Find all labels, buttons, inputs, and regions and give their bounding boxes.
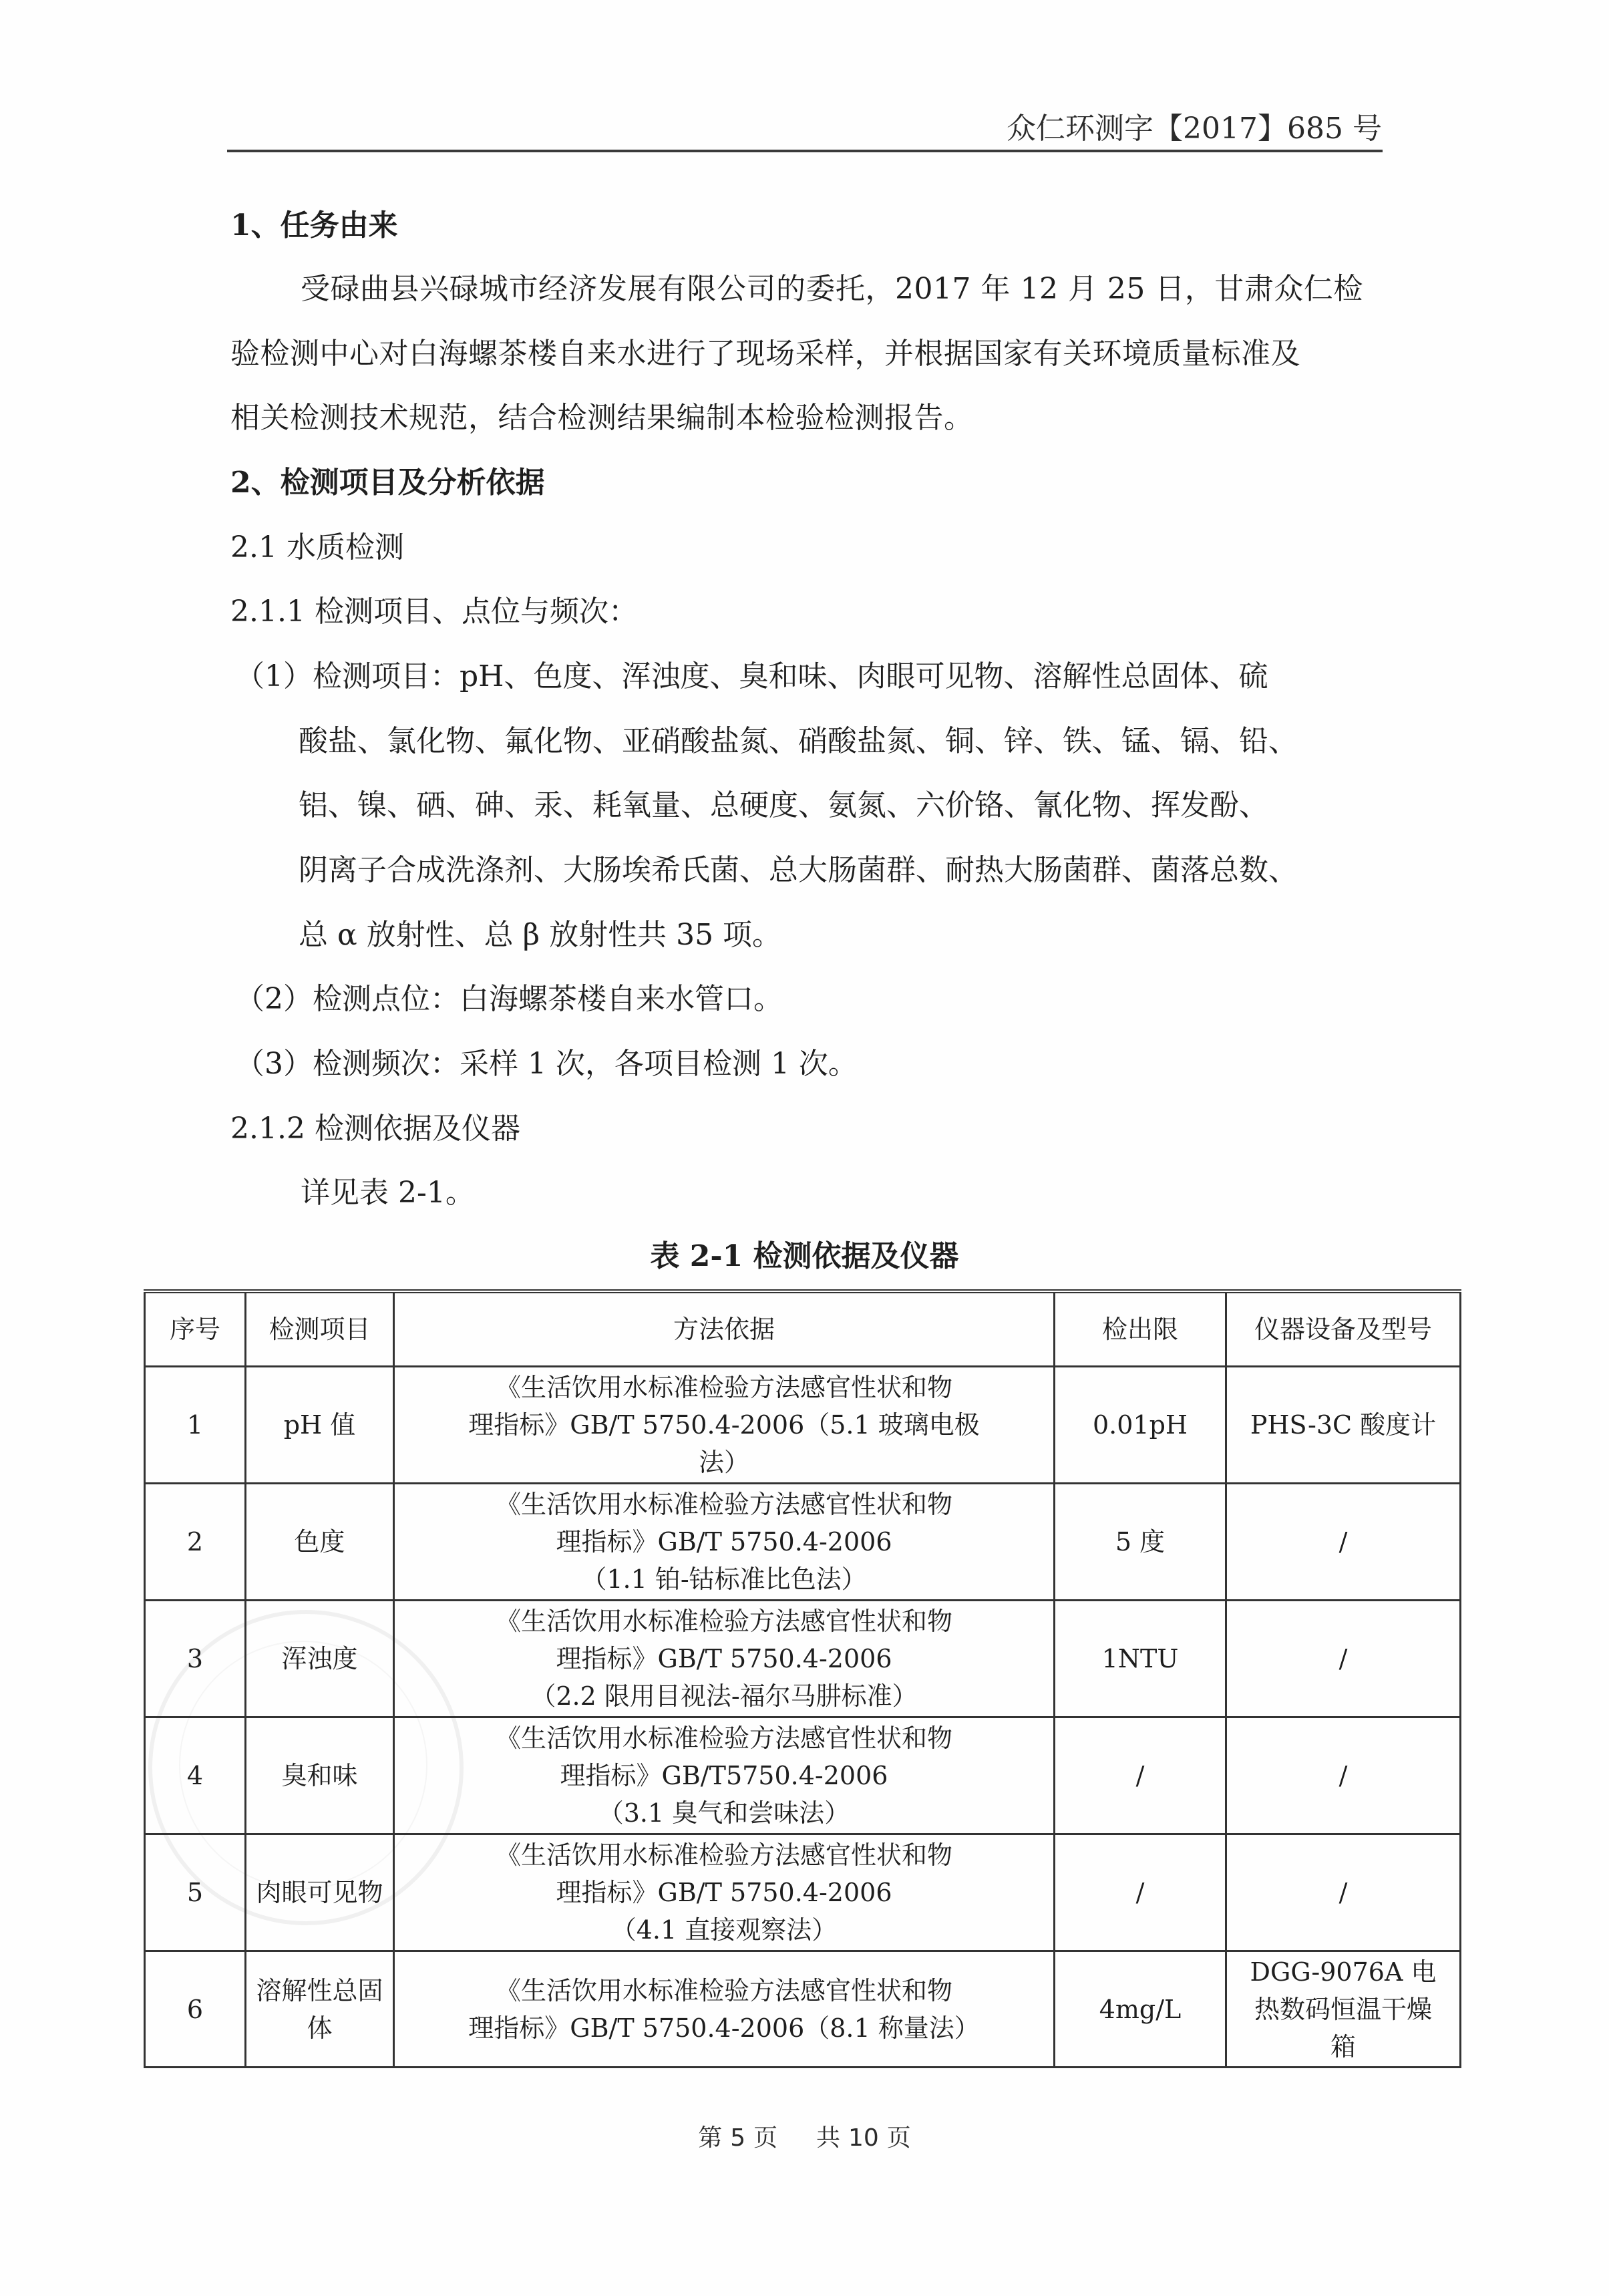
table-row: 2 色度 《生活饮用水标准检验方法感官性状和物 理指标》GB/T 5750.4-…	[145, 1484, 1461, 1601]
see-table-note: 详见表 2-1。	[301, 1174, 475, 1212]
method-line: 理指标》GB/T 5750.4-2006	[407, 1874, 1041, 1911]
page-footer: 第5页 共10页	[0, 2123, 1609, 2154]
instrument-line: /	[1234, 1640, 1453, 1677]
instrument-line: 热数码恒温干燥	[1234, 1991, 1453, 2028]
method-line: 理指标》GB/T5750.4-2006	[407, 1757, 1041, 1794]
cell-item: 肉眼可见物	[246, 1834, 394, 1951]
section-1-paragraph-line-1: 受碌曲县兴碌城市经济发展有限公司的委托，2017 年 12 月 25 日，甘肃众…	[301, 271, 1363, 308]
column-header-instrument: 仪器设备及型号	[1226, 1291, 1461, 1367]
cell-method: 《生活饮用水标准检验方法感官性状和物 理指标》GB/T 5750.4-2006 …	[394, 1484, 1055, 1601]
cell-limit: /	[1055, 1717, 1226, 1834]
page-current: 5	[730, 2124, 745, 2152]
cell-limit: 4mg/L	[1055, 1951, 1226, 2068]
table-row: 6 溶解性总固体 《生活饮用水标准检验方法感官性状和物 理指标》GB/T 575…	[145, 1951, 1461, 2068]
table-row: 4 臭和味 《生活饮用水标准检验方法感官性状和物 理指标》GB/T5750.4-…	[145, 1717, 1461, 1834]
method-line: 《生活饮用水标准检验方法感官性状和物	[407, 1486, 1041, 1523]
method-line: 《生活饮用水标准检验方法感官性状和物	[407, 1836, 1041, 1874]
instrument-line: /	[1234, 1757, 1453, 1794]
method-line: 《生活饮用水标准检验方法感官性状和物	[407, 1972, 1041, 2009]
column-header-limit: 检出限	[1055, 1291, 1226, 1367]
cell-limit: 5 度	[1055, 1484, 1226, 1601]
cell-method: 《生活饮用水标准检验方法感官性状和物 理指标》GB/T 5750.4-2006（…	[394, 1951, 1055, 2068]
cell-no: 1	[145, 1367, 246, 1484]
method-line: 《生活饮用水标准检验方法感官性状和物	[407, 1719, 1041, 1757]
report-number: 众仁环测字【2017】685 号	[1007, 110, 1382, 148]
cell-no: 2	[145, 1484, 246, 1601]
instrument-line: 箱	[1234, 2028, 1453, 2066]
item-1-line-3: 铝、镍、硒、砷、汞、耗氧量、总硬度、氨氮、六价铬、氰化物、挥发酚、	[299, 787, 1268, 824]
header-rule	[227, 150, 1383, 152]
cell-method: 《生活饮用水标准检验方法感官性状和物 理指标》GB/T 5750.4-2006 …	[394, 1834, 1055, 1951]
cell-item: 臭和味	[246, 1717, 394, 1834]
cell-instrument: /	[1226, 1834, 1461, 1951]
cell-item: 浑浊度	[246, 1601, 394, 1717]
cell-no: 4	[145, 1717, 246, 1834]
table-row: 1 pH 值 《生活饮用水标准检验方法感官性状和物 理指标》GB/T 5750.…	[145, 1367, 1461, 1484]
cell-no: 6	[145, 1951, 246, 2068]
cell-item: 色度	[246, 1484, 394, 1601]
method-instrument-table: 序号 检测项目 方法依据 检出限 仪器设备及型号 1 pH 值 《生活饮用水标准…	[144, 1289, 1461, 2068]
subsection-2-1: 2.1 水质检测	[230, 529, 404, 566]
section-1-paragraph-line-2: 验检测中心对白海螺茶楼自来水进行了现场采样，并根据国家有关环境质量标准及	[230, 335, 1300, 373]
table-row: 3 浑浊度 《生活饮用水标准检验方法感官性状和物 理指标》GB/T 5750.4…	[145, 1601, 1461, 1717]
item-1-line-5: 总 α 放射性、总 β 放射性共 35 项。	[299, 917, 781, 954]
method-line: 《生活饮用水标准检验方法感官性状和物	[407, 1603, 1041, 1640]
method-line: 理指标》GB/T 5750.4-2006（5.1 玻璃电极	[407, 1406, 1041, 1444]
cell-instrument: PHS-3C 酸度计	[1226, 1367, 1461, 1484]
column-header-item: 检测项目	[246, 1291, 394, 1367]
total-prefix: 共	[816, 2124, 840, 2152]
page-total: 10	[848, 2124, 879, 2152]
item-1-line-2: 酸盐、氯化物、氟化物、亚硝酸盐氮、硝酸盐氮、铜、锌、铁、锰、镉、铅、	[299, 723, 1298, 760]
cell-item: pH 值	[246, 1367, 394, 1484]
document-page: 众仁环测字【2017】685 号 1、任务由来 受碌曲县兴碌城市经济发展有限公司…	[0, 0, 1609, 2296]
method-line: 理指标》GB/T 5750.4-2006	[407, 1640, 1041, 1677]
cell-method: 《生活饮用水标准检验方法感官性状和物 理指标》GB/T5750.4-2006 （…	[394, 1717, 1055, 1834]
cell-no: 5	[145, 1834, 246, 1951]
page-unit: 页	[753, 2124, 777, 2152]
method-line: （2.2 限用目视法-福尔马肼标准）	[407, 1677, 1041, 1715]
method-line: 理指标》GB/T 5750.4-2006	[407, 1523, 1041, 1561]
method-line: 理指标》GB/T 5750.4-2006（8.1 称量法）	[407, 2009, 1041, 2047]
cell-instrument: DGG-9076A 电 热数码恒温干燥 箱	[1226, 1951, 1461, 2068]
cell-no: 3	[145, 1601, 246, 1717]
section-1-heading: 1、任务由来	[230, 207, 398, 244]
cell-method: 《生活饮用水标准检验方法感官性状和物 理指标》GB/T 5750.4-2006（…	[394, 1367, 1055, 1484]
cell-limit: 0.01pH	[1055, 1367, 1226, 1484]
subsection-2-1-2: 2.1.2 检测依据及仪器	[230, 1110, 520, 1148]
item-1-line-4: 阴离子合成洗涤剂、大肠埃希氏菌、总大肠菌群、耐热大肠菌群、菌落总数、	[299, 852, 1298, 889]
column-header-no: 序号	[145, 1291, 246, 1367]
cell-method: 《生活饮用水标准检验方法感官性状和物 理指标》GB/T 5750.4-2006 …	[394, 1601, 1055, 1717]
method-line: 《生活饮用水标准检验方法感官性状和物	[407, 1369, 1041, 1406]
method-line: （4.1 直接观察法）	[407, 1911, 1041, 1949]
total-unit: 页	[887, 2124, 911, 2152]
method-line: （1.1 铂-钴标准比色法）	[407, 1561, 1041, 1598]
table-title: 表 2-1 检测依据及仪器	[0, 1238, 1609, 1275]
subsection-2-1-1: 2.1.1 检测项目、点位与频次：	[230, 593, 638, 631]
cell-instrument: /	[1226, 1601, 1461, 1717]
item-2-sampling-point: （2）检测点位：白海螺茶楼自来水管口。	[235, 981, 783, 1018]
method-line: （3.1 臭气和尝味法）	[407, 1794, 1041, 1832]
cell-instrument: /	[1226, 1717, 1461, 1834]
section-1-paragraph-line-3: 相关检测技术规范，结合检测结果编制本检验检测报告。	[230, 399, 974, 437]
table-header-row: 序号 检测项目 方法依据 检出限 仪器设备及型号	[145, 1291, 1461, 1367]
instrument-line: /	[1234, 1874, 1453, 1911]
cell-instrument: /	[1226, 1484, 1461, 1601]
cell-limit: 1NTU	[1055, 1601, 1226, 1717]
table-row: 5 肉眼可见物 《生活饮用水标准检验方法感官性状和物 理指标》GB/T 5750…	[145, 1834, 1461, 1951]
item-1-line-1: （1）检测项目：pH、色度、浑浊度、臭和味、肉眼可见物、溶解性总固体、硫	[235, 658, 1268, 695]
instrument-line: DGG-9076A 电	[1234, 1953, 1453, 1991]
column-header-method: 方法依据	[394, 1291, 1055, 1367]
method-line: 法）	[407, 1444, 1041, 1481]
page-prefix: 第	[698, 2124, 722, 2152]
instrument-line: /	[1234, 1523, 1453, 1561]
cell-item: 溶解性总固体	[246, 1951, 394, 2068]
section-2-heading: 2、检测项目及分析依据	[230, 464, 545, 502]
cell-limit: /	[1055, 1834, 1226, 1951]
item-3-frequency: （3）检测频次：采样 1 次，各项目检测 1 次。	[235, 1045, 858, 1083]
instrument-line: PHS-3C 酸度计	[1234, 1406, 1453, 1444]
